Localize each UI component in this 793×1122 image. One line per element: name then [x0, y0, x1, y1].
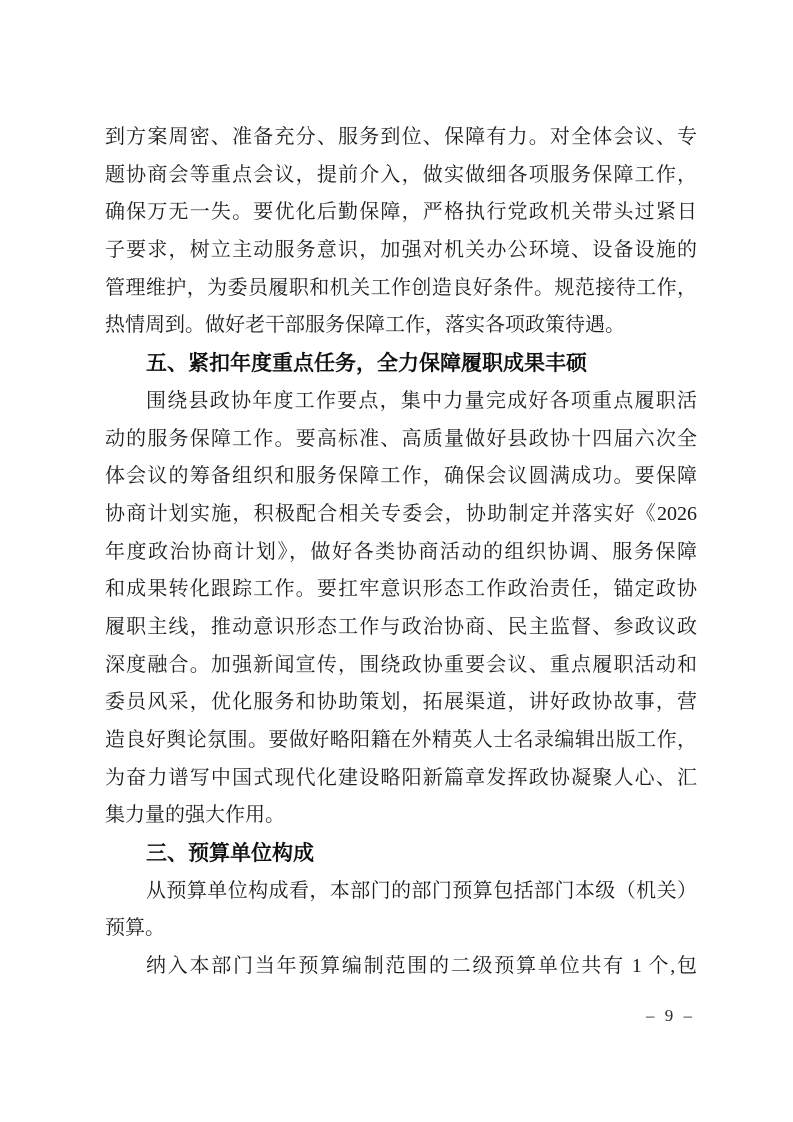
- body-text-line: 确保万无一失。要优化后勤保障，严格执行党政机关带头过紧日: [105, 194, 697, 232]
- body-text-line: 纳入本部门当年预算编制范围的二级预算单位共有 1 个,包: [105, 948, 697, 986]
- page-number: – 9 –: [646, 1006, 695, 1026]
- body-text-line: 热情周到。做好老干部服务保障工作，落实各项政策待遇。: [105, 307, 697, 345]
- body-text-line: 子要求，树立主动服务意识，加强对机关办公环境、设备设施的: [105, 232, 697, 270]
- body-text-line: 围绕县政协年度工作要点，集中力量完成好各项重点履职活: [105, 383, 697, 421]
- body-text-line: 为奋力谱写中国式现代化建设略阳新篇章发挥政协凝聚人心、汇: [105, 760, 697, 798]
- document-body: 到方案周密、准备充分、服务到位、保障有力。对全体会议、专题协商会等重点会议，提前…: [105, 119, 697, 986]
- body-text-line: 造良好舆论氛围。要做好略阳籍在外精英人士名录编辑出版工作，: [105, 722, 697, 760]
- section-heading: 五、紧扣年度重点任务，全力保障履职成果丰硕: [105, 345, 697, 383]
- body-text-line: 履职主线，推动意识形态工作与政治协商、民主监督、参政议政: [105, 609, 697, 647]
- body-text-line: 预算。: [105, 910, 697, 948]
- body-text-line: 从预算单位构成看，本部门的部门预算包括部门本级（机关）: [105, 873, 697, 911]
- body-text-line: 题协商会等重点会议，提前介入，做实做细各项服务保障工作，: [105, 157, 697, 195]
- body-text-line: 体会议的筹备组织和服务保障工作，确保会议圆满成功。要保障: [105, 458, 697, 496]
- body-text-line: 到方案周密、准备充分、服务到位、保障有力。对全体会议、专: [105, 119, 697, 157]
- body-text-line: 动的服务保障工作。要高标准、高质量做好县政协十四届六次全: [105, 421, 697, 459]
- body-text-line: 管理维护，为委员履职和机关工作创造良好条件。规范接待工作，: [105, 270, 697, 308]
- body-text-line: 集力量的强大作用。: [105, 797, 697, 835]
- body-text-line: 委员风采，优化服务和协助策划，拓展渠道，讲好政协故事，营: [105, 684, 697, 722]
- document-page: 到方案周密、准备充分、服务到位、保障有力。对全体会议、专题协商会等重点会议，提前…: [0, 0, 793, 1122]
- body-text-line: 深度融合。加强新闻宣传，围绕政协重要会议、重点履职活动和: [105, 647, 697, 685]
- body-text-line: 年度政治协商计划》，做好各类协商活动的组织协调、服务保障: [105, 534, 697, 572]
- body-text-line: 协商计划实施，积极配合相关专委会，协助制定并落实好《2026: [105, 496, 697, 534]
- body-text-line: 和成果转化跟踪工作。要扛牢意识形态工作政治责任，锚定政协: [105, 571, 697, 609]
- section-heading: 三、预算单位构成: [105, 835, 697, 873]
